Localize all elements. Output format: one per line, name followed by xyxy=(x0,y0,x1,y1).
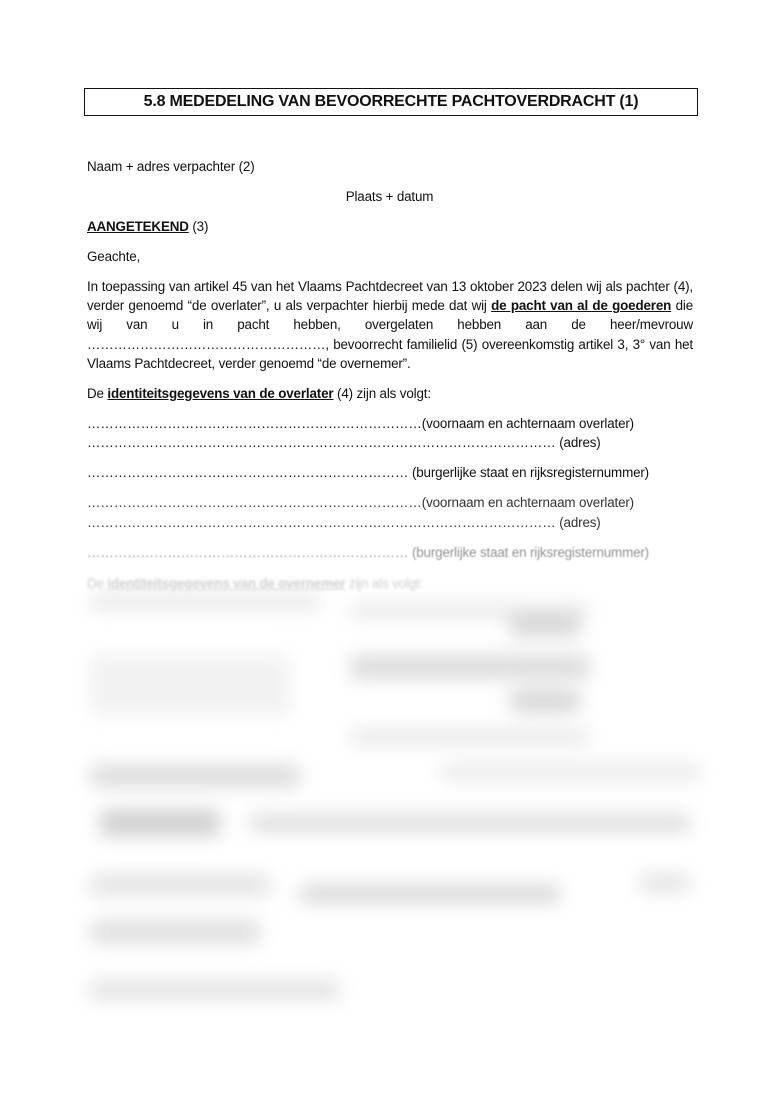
civil-dots: ……………………………………………………………… xyxy=(87,545,408,560)
address-label: (adres) xyxy=(556,515,601,530)
transferor-2-address-field: …………………………………………………………………………………………… (adr… xyxy=(87,513,601,532)
transferor-intro-prefix: De xyxy=(87,386,107,401)
transferee-intro-emphasis: identiteitsgegevens van de overnemer xyxy=(107,576,345,591)
name-label: (voornaam en achternaam overlater) xyxy=(422,495,634,510)
body-paragraph-emphasis: de pacht van al de goederen xyxy=(491,298,671,313)
blurred-content-region xyxy=(0,565,779,1107)
registered-line: AANGETEKEND (3) xyxy=(87,217,208,236)
registered-label: AANGETEKEND xyxy=(87,219,189,234)
transferor-2-civil-field: ……………………………………………………………… (burgerlijke st… xyxy=(87,543,649,562)
sender-label: Naam + adres verpachter (2) xyxy=(87,157,255,176)
name-label: (voornaam en achternaam overlater) xyxy=(422,416,634,431)
transferor-1-name-field: …………………………………………………………………(voornaam en ac… xyxy=(87,414,634,433)
address-dots: …………………………………………………………………………………………… xyxy=(87,515,556,530)
address-label: (adres) xyxy=(556,435,601,450)
salutation: Geachte, xyxy=(87,247,140,266)
document-page: 5.8 MEDEDELING VAN BEVOORRECHTE PACHTOVE… xyxy=(0,0,779,1107)
document-title-box: 5.8 MEDEDELING VAN BEVOORRECHTE PACHTOVE… xyxy=(84,88,698,116)
address-dots: …………………………………………………………………………………………… xyxy=(87,435,556,450)
transferor-intro-suffix: (4) zijn als volgt: xyxy=(333,386,430,401)
transferor-intro: De identiteitsgegevens van de overlater … xyxy=(87,384,431,403)
transferee-intro-suffix: zijn als volgt: xyxy=(345,576,423,591)
transferee-intro-prefix: De xyxy=(87,576,107,591)
civil-label: (burgerlijke staat en rijksregisternumme… xyxy=(408,545,649,560)
transferor-2-name-field: …………………………………………………………………(voornaam en ac… xyxy=(87,493,634,512)
document-title: 5.8 MEDEDELING VAN BEVOORRECHTE PACHTOVE… xyxy=(144,93,639,111)
transferor-1-civil-field: ……………………………………………………………… (burgerlijke st… xyxy=(87,463,649,482)
body-paragraph: In toepassing van artikel 45 van het Vla… xyxy=(87,277,693,373)
place-date-label: Plaats + datum xyxy=(0,187,779,206)
civil-label: (burgerlijke staat en rijksregisternumme… xyxy=(408,465,649,480)
transferor-intro-emphasis: identiteitsgegevens van de overlater xyxy=(107,386,333,401)
registered-note: (3) xyxy=(189,219,209,234)
transferee-intro: De identiteitsgegevens van de overnemer … xyxy=(87,574,423,593)
name-dots: ………………………………………………………………… xyxy=(87,416,422,431)
civil-dots: ……………………………………………………………… xyxy=(87,465,408,480)
name-dots: ………………………………………………………………… xyxy=(87,495,422,510)
transferor-1-address-field: …………………………………………………………………………………………… (adr… xyxy=(87,433,601,452)
